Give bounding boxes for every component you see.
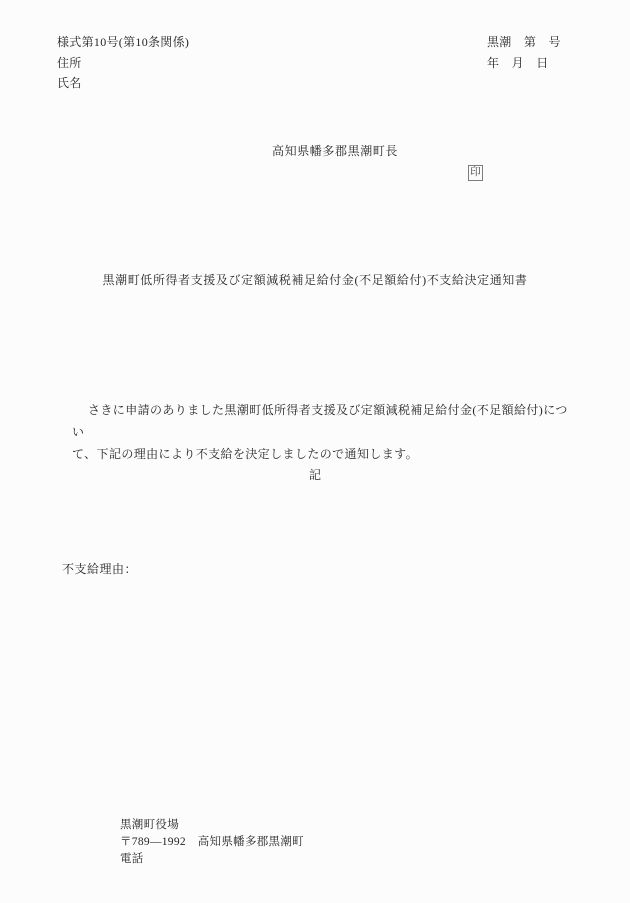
postal-address: 〒789―1992 高知県幡多郡黒潮町 — [120, 834, 304, 851]
office-name: 黒潮町役場 — [120, 817, 304, 834]
body-paragraph: さきに申請のありました黒潮町低所得者支援及び定額減税補足給付金(不足額給付)につ… — [72, 399, 580, 465]
phone-label: 電話 — [120, 851, 304, 868]
footer-block: 黒潮町役場 〒789―1992 高知県幡多郡黒潮町 電話 — [120, 817, 304, 868]
body-line-1: さきに申請のありました黒潮町低所得者支援及び定額減税補足給付金(不足額給付)につ… — [72, 399, 580, 443]
reason-label: 不支給理由： — [62, 560, 137, 577]
name-label: 氏名 — [57, 73, 189, 94]
document-title: 黒潮町低所得者支援及び定額減税補足給付金(不足額給付)不支給決定通知書 — [0, 271, 630, 288]
seal-placeholder: 印 — [468, 165, 483, 181]
document-number-line: 黒潮 第 号 — [487, 32, 561, 53]
address-label: 住所 — [57, 53, 189, 74]
sender-title: 高知県幡多郡黒潮町長 — [272, 144, 398, 158]
ki-marker: 記 — [0, 466, 630, 483]
form-number: 様式第10号(第10条関係) — [57, 32, 189, 53]
header-right-block: 黒潮 第 号 年 月 日 — [487, 32, 561, 73]
header-left-block: 様式第10号(第10条関係) 住所 氏名 — [57, 32, 189, 94]
document-sheet: 様式第10号(第10条関係) 住所 氏名 黒潮 第 号 年 月 日 高知県幡多郡… — [0, 0, 630, 903]
date-line: 年 月 日 — [487, 53, 561, 74]
body-line-2: て、下記の理由により不支給を決定しましたので通知します。 — [72, 443, 580, 465]
